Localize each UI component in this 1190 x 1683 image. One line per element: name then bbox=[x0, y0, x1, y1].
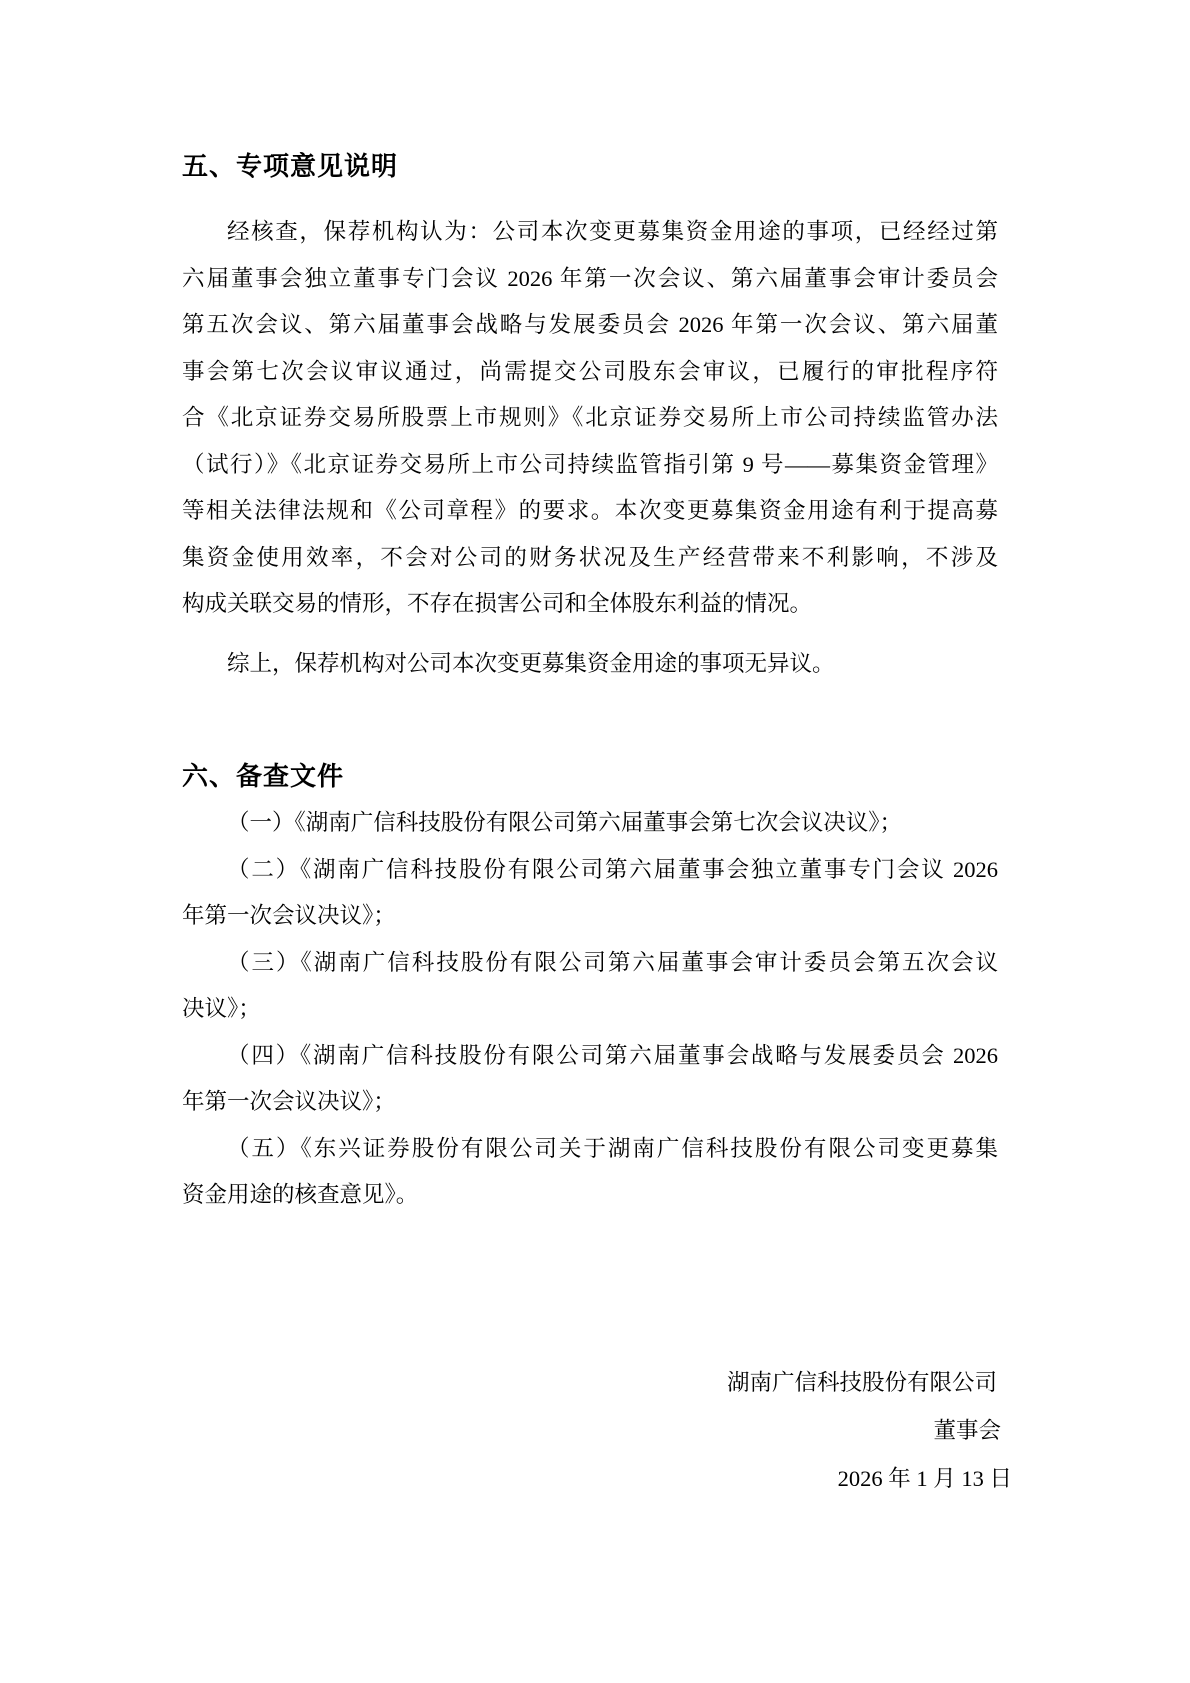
paragraph-line: 第五次会议、第六届董事会战略与发展委员会 2026 年第一次会议、第六届董 bbox=[182, 302, 998, 349]
section6-heading: 六、备查文件 bbox=[182, 759, 998, 793]
signature-company: 湖南广信科技股份有限公司 bbox=[182, 1359, 1012, 1407]
section5-heading: 五、专项意见说明 bbox=[182, 149, 998, 183]
list-item-line: 年第一次会议决议》； bbox=[182, 893, 998, 940]
paragraph-line: 六届董事会独立董事专门会议 2026 年第一次会议、第六届董事会审计委员会 bbox=[182, 256, 998, 303]
section5-paragraph2: 综上，保荐机构对公司本次变更募集资金用途的事项无异议。 bbox=[182, 641, 998, 688]
list-item-line: （二）《湖南广信科技股份有限公司第六届董事会独立董事专门会议 2026 bbox=[182, 847, 998, 894]
signature-board: 董事会 bbox=[182, 1407, 1012, 1455]
signature-block: 湖南广信科技股份有限公司 董事会 2026 年 1 月 13 日 bbox=[182, 1359, 1012, 1503]
paragraph-line: 合《北京证券交易所股票上市规则》《北京证券交易所上市公司持续监管办法 bbox=[182, 395, 998, 442]
section6-document-list: （一）《湖南广信科技股份有限公司第六届董事会第七次会议决议》； （二）《湖南广信… bbox=[182, 800, 998, 1219]
paragraph-line: 经核查，保荐机构认为：公司本次变更募集资金用途的事项，已经经过第 bbox=[182, 209, 998, 256]
page-content: 五、专项意见说明 经核查，保荐机构认为：公司本次变更募集资金用途的事项，已经经过… bbox=[182, 0, 998, 1503]
list-item-line: （五）《东兴证券股份有限公司关于湖南广信科技股份有限公司变更募集 bbox=[182, 1126, 998, 1173]
list-item-line: （一）《湖南广信科技股份有限公司第六届董事会第七次会议决议》； bbox=[182, 800, 998, 847]
list-item-line: 年第一次会议决议》； bbox=[182, 1079, 998, 1126]
list-item-line: 资金用途的核查意见》。 bbox=[182, 1172, 998, 1219]
list-item-line: （四）《湖南广信科技股份有限公司第六届董事会战略与发展委员会 2026 bbox=[182, 1033, 998, 1080]
paragraph-line: 事会第七次会议审议通过，尚需提交公司股东会审议，已履行的审批程序符 bbox=[182, 349, 998, 396]
paragraph-line: 构成关联交易的情形，不存在损害公司和全体股东利益的情况。 bbox=[182, 581, 998, 628]
list-item-line: （三）《湖南广信科技股份有限公司第六届董事会审计委员会第五次会议 bbox=[182, 940, 998, 987]
list-item-line: 决议》； bbox=[182, 986, 998, 1033]
document-page: 五、专项意见说明 经核查，保荐机构认为：公司本次变更募集资金用途的事项，已经经过… bbox=[0, 0, 1190, 1683]
paragraph-line: 综上，保荐机构对公司本次变更募集资金用途的事项无异议。 bbox=[182, 641, 998, 688]
paragraph-line: （试行）》《北京证券交易所上市公司持续监管指引第 9 号——募集资金管理》 bbox=[182, 442, 998, 489]
section5-paragraph1: 经核查，保荐机构认为：公司本次变更募集资金用途的事项，已经经过第 六届董事会独立… bbox=[182, 209, 998, 628]
paragraph-line: 等相关法律法规和《公司章程》的要求。本次变更募集资金用途有利于提高募 bbox=[182, 488, 998, 535]
signature-date: 2026 年 1 月 13 日 bbox=[182, 1455, 1012, 1503]
paragraph-line: 集资金使用效率，不会对公司的财务状况及生产经营带来不利影响，不涉及 bbox=[182, 535, 998, 582]
